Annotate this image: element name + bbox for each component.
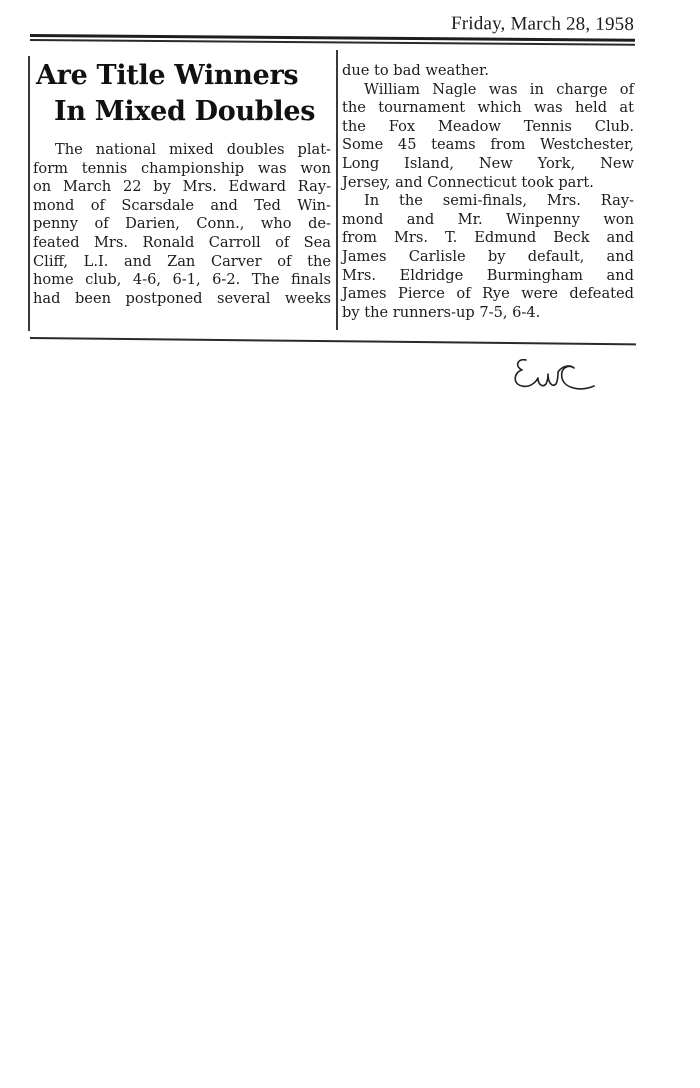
signature-icon [508, 352, 608, 402]
article-text-line: Long Island, New York, New [342, 155, 634, 174]
header-double-rule [30, 34, 635, 48]
article-text-line: due to bad weather. [342, 62, 634, 81]
article-text-line: form tennis championship was won [33, 160, 331, 179]
article-text-line: The national mixed doubles plat- [33, 141, 331, 160]
left-column-rule [28, 56, 30, 331]
article-column-left: The national mixed doubles plat-form ten… [33, 141, 331, 308]
article-text-line: Jersey, and Connecticut took part. [342, 174, 634, 193]
headline-line-1: Are Title Winners [36, 58, 336, 94]
article-text-line: Mrs. Eldridge Burmingham and [342, 267, 634, 286]
article-text-line: from Mrs. T. Edmund Beck and [342, 229, 634, 248]
dateline: Friday, March 28, 1958 [451, 13, 634, 36]
article-text-line: had been postponed several weeks [33, 290, 331, 309]
article-text-line: penny of Darien, Conn., who de- [33, 215, 331, 234]
article-column-right: due to bad weather.William Nagle was in … [342, 62, 634, 322]
article-text-line: on March 22 by Mrs. Edward Ray- [33, 178, 331, 197]
article-text-line: mond and Mr. Winpenny won [342, 211, 634, 230]
article-text-line: Cliff, L.I. and Zan Carver of the [33, 253, 331, 272]
article-headline: Are Title Winners In Mixed Doubles [36, 58, 336, 130]
headline-line-2: In Mixed Doubles [36, 94, 336, 130]
handwritten-signature [508, 352, 608, 402]
article-text-line: James Carlisle by default, and [342, 248, 634, 267]
article-text-line: mond of Scarsdale and Ted Win- [33, 197, 331, 216]
article-text-line: by the runners-up 7-5, 6-4. [342, 304, 634, 323]
article-text-line: James Pierce of Rye were defeated [342, 285, 634, 304]
footer-rule [30, 337, 636, 345]
article-text-line: In the semi-finals, Mrs. Ray- [342, 192, 634, 211]
article-text-line: Some 45 teams from Westchester, [342, 136, 634, 155]
article-text-line: the tournament which was held at [342, 99, 634, 118]
column-divider-rule [336, 50, 338, 330]
article-text-line: home club, 4-6, 6-1, 6-2. The finals [33, 271, 331, 290]
article-text-line: William Nagle was in charge of [342, 81, 634, 100]
article-text-line: feated Mrs. Ronald Carroll of Sea [33, 234, 331, 253]
article-text-line: the Fox Meadow Tennis Club. [342, 118, 634, 137]
newspaper-clipping: Friday, March 28, 1958 Are Title Winners… [0, 0, 700, 420]
